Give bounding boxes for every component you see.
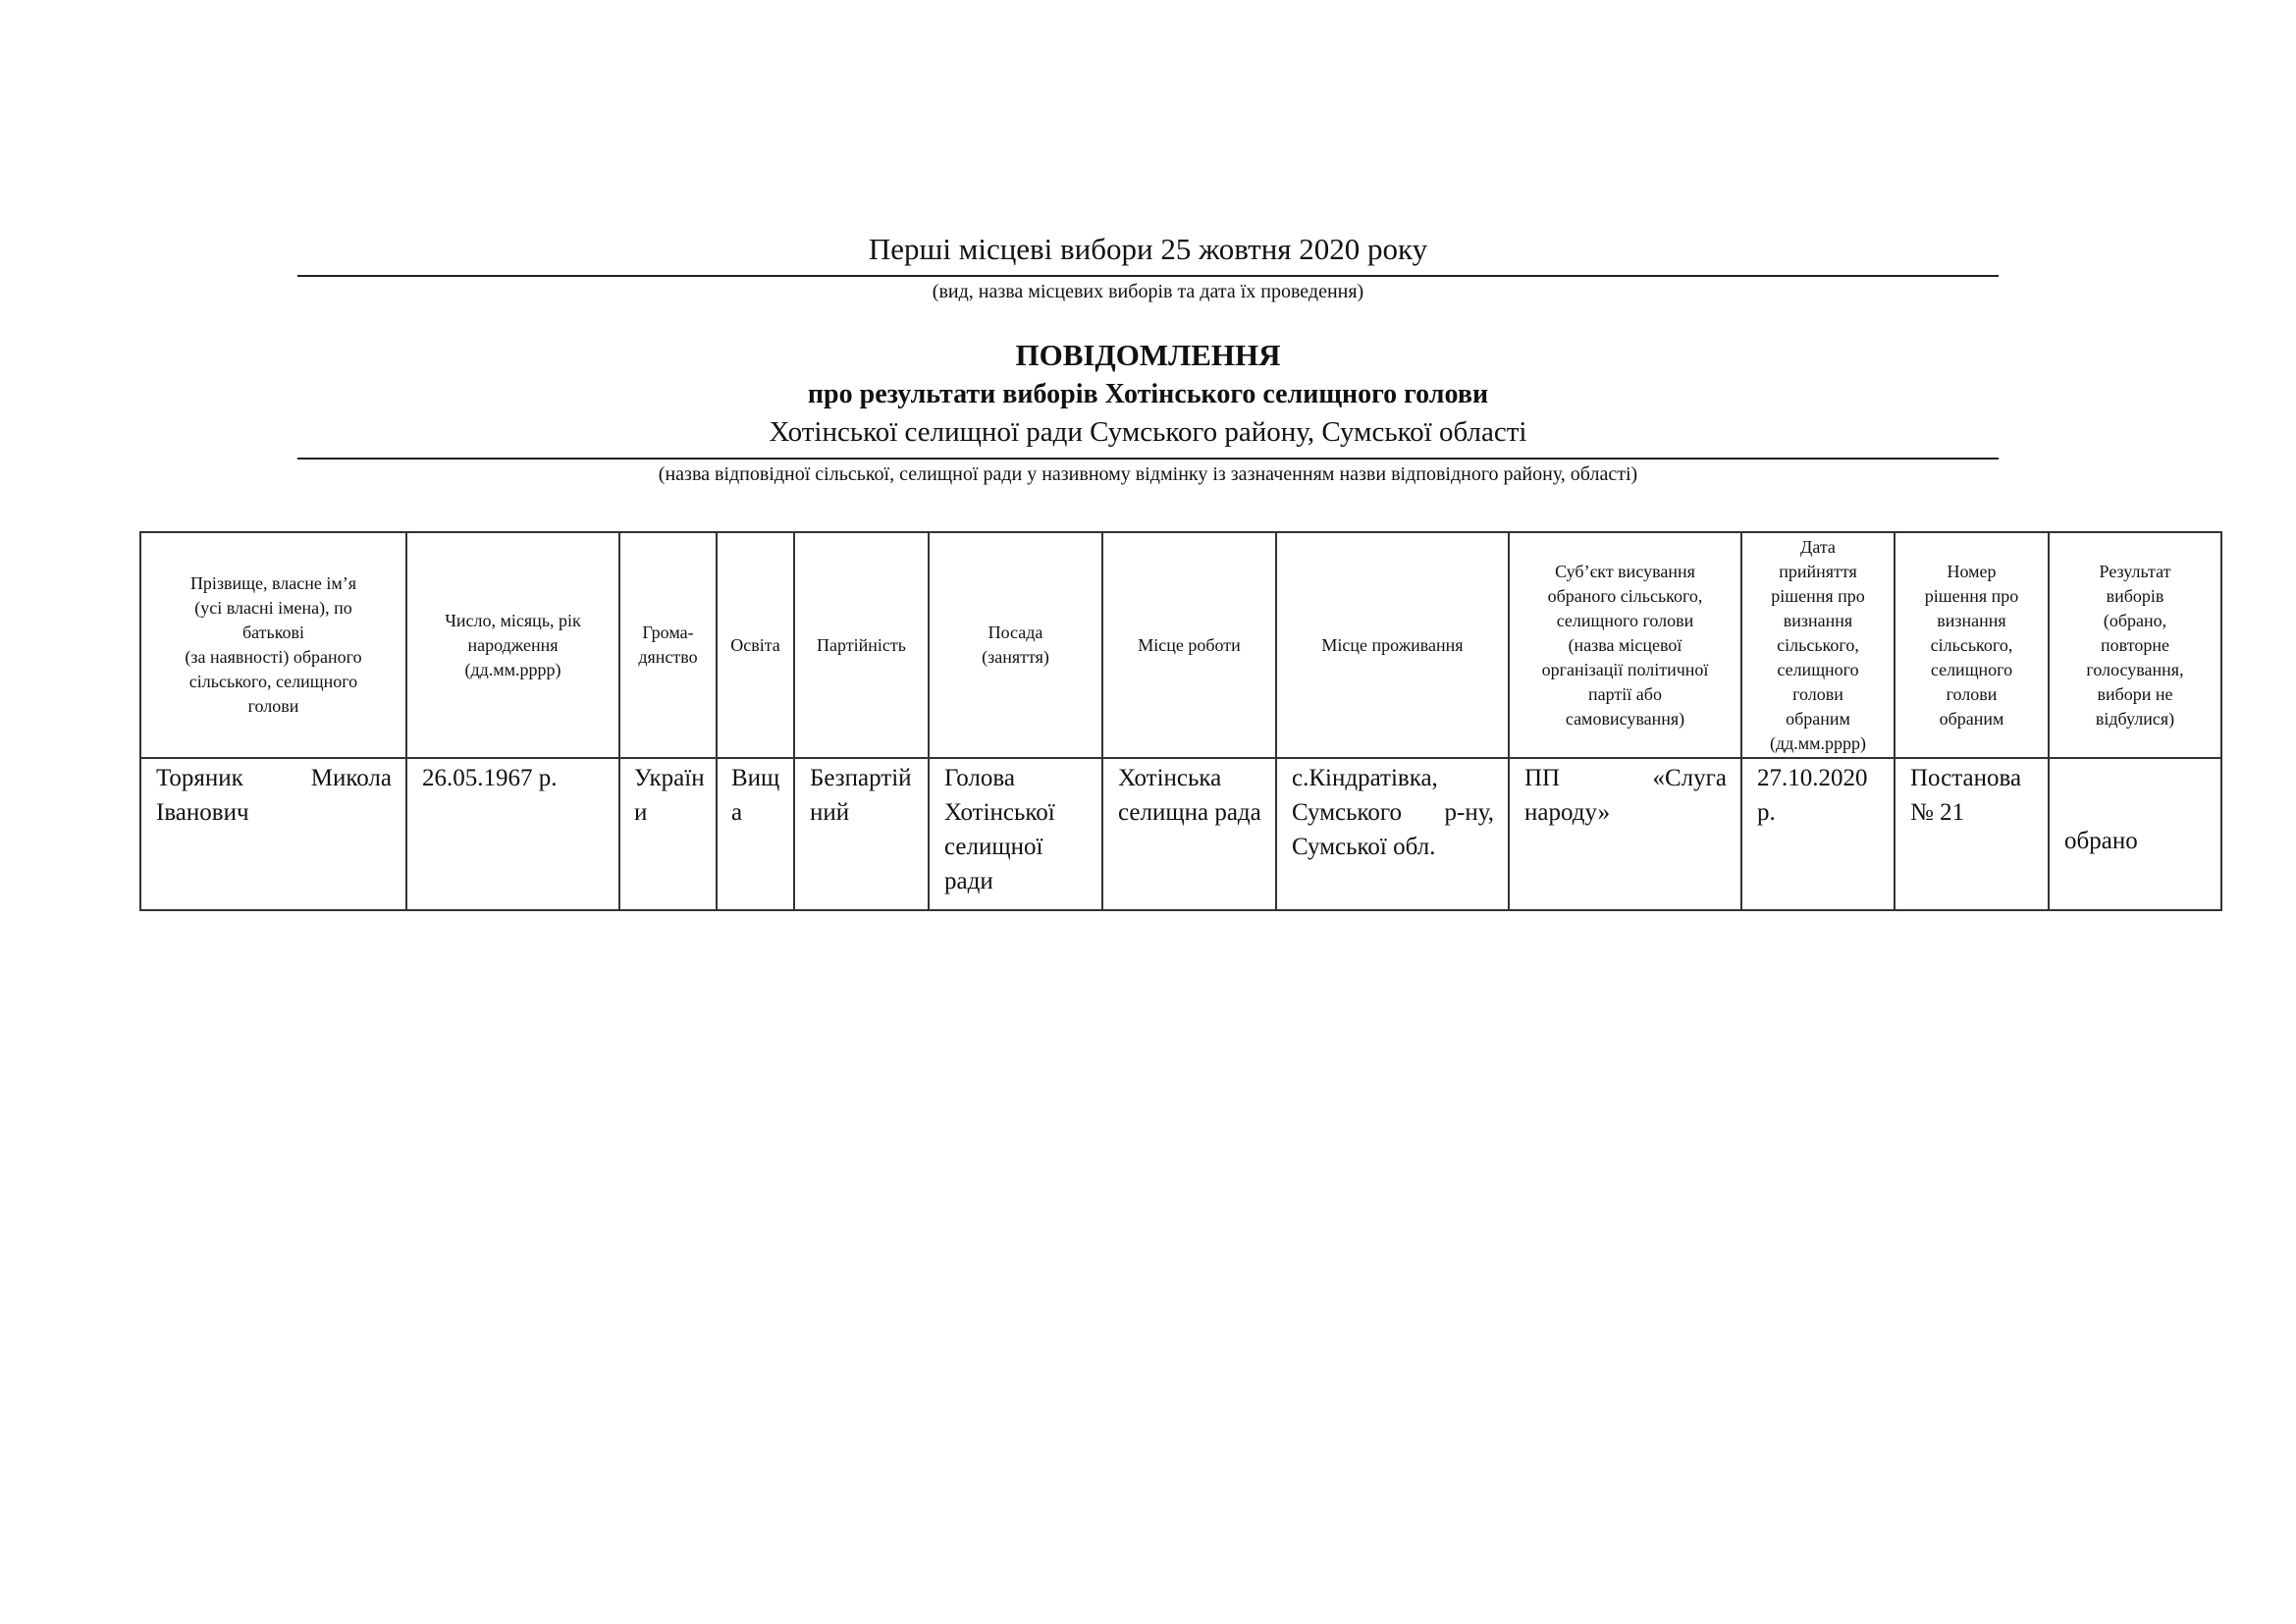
cell-birth-date: 26.05.1967 р. xyxy=(406,758,619,910)
header-line: Номер xyxy=(1899,560,2044,584)
header-line: Освіта xyxy=(721,633,789,658)
election-title: Перші місцеві вибори 25 жовтня 2020 року xyxy=(297,232,1999,267)
council-caption: (назва відповідної сільської, селищної р… xyxy=(297,462,1999,486)
header-line: Місце роботи xyxy=(1107,633,1271,658)
header-line: голови xyxy=(1899,682,2044,707)
header-line: дянство xyxy=(624,645,712,670)
header-line: партії або xyxy=(1514,682,1736,707)
header-line: голови xyxy=(145,694,401,719)
header-line: Результат xyxy=(2054,560,2216,584)
header-line: батькові xyxy=(145,621,401,645)
header-position: Посада(заняття) xyxy=(929,532,1102,758)
cell-residence: с.Кіндратівка, Сумського р-ну, Сумської … xyxy=(1276,758,1509,910)
header-party-affiliation: Партійність xyxy=(794,532,929,758)
header-line: селищного голови xyxy=(1514,609,1736,633)
header-line: відбулися) xyxy=(2054,707,2216,731)
election-caption: (вид, назва місцевих виборів та дата їх … xyxy=(297,280,1999,303)
header-line: (заняття) xyxy=(934,645,1097,670)
header-line: вибори не xyxy=(2054,682,2216,707)
cell-decision-number: Постанова № 21 xyxy=(1895,758,2049,910)
header-full-name: Прізвище, власне ім’я(усі власні імена),… xyxy=(140,532,406,758)
header-line: (за наявності) обраного xyxy=(145,645,401,670)
cell-position: Голова Хотінської селищної ради xyxy=(929,758,1102,910)
header-line: обраного сільського, xyxy=(1514,584,1736,609)
header-line: народження xyxy=(411,633,614,658)
header-line: Посада xyxy=(934,621,1097,645)
header-line: організації політичної xyxy=(1514,658,1736,682)
header-line: сільського, селищного xyxy=(145,670,401,694)
header-line: Дата xyxy=(1746,535,1890,560)
header-line: обраним xyxy=(1746,707,1890,731)
header-line: селищного xyxy=(1746,658,1890,682)
cell-education: Вища xyxy=(717,758,794,910)
cell-workplace: Хотінська селищна рада xyxy=(1102,758,1276,910)
election-results-table: Прізвище, власне ім’я(усі власні імена),… xyxy=(139,531,2222,911)
notice-subject: про результати виборів Хотінського селищ… xyxy=(297,377,1999,412)
council-name: Хотінської селищної ради Сумського район… xyxy=(297,414,1999,450)
header-line: повторне xyxy=(2054,633,2216,658)
header-line: (назва місцевої xyxy=(1514,633,1736,658)
header-line: визнання xyxy=(1899,609,2044,633)
cell-party-affiliation: Безпартійний xyxy=(794,758,929,910)
council-underline xyxy=(297,458,1999,460)
header-line: (дд.мм.рррр) xyxy=(411,658,614,682)
header-line: (дд.мм.рррр) xyxy=(1746,731,1890,756)
header-line: (усі власні імена), по xyxy=(145,596,401,621)
header-citizenship: Грома-дянство xyxy=(619,532,717,758)
header-decision-number: Номеррішення провизнаннясільського,селищ… xyxy=(1895,532,2049,758)
header-line: сільського, xyxy=(1746,633,1890,658)
header-line: обраним xyxy=(1899,707,2044,731)
header-line: селищного xyxy=(1899,658,2044,682)
header-line: самовисування) xyxy=(1514,707,1736,731)
header-line: Прізвище, власне ім’я xyxy=(145,571,401,596)
header-line: Місце проживання xyxy=(1281,633,1504,658)
header-line: Число, місяць, рік xyxy=(411,609,614,633)
header-line: виборів xyxy=(2054,584,2216,609)
header-line: прийняття xyxy=(1746,560,1890,584)
cell-nominating-entity: ПП «Слуга народу» xyxy=(1509,758,1741,910)
notice-heading: ПОВІДОМЛЕННЯ xyxy=(297,337,1999,374)
header-line: рішення про xyxy=(1899,584,2044,609)
header-education: Освіта xyxy=(717,532,794,758)
cell-result: обрано xyxy=(2049,758,2221,910)
cell-full-name: Торяник Микола Іванович xyxy=(140,758,406,910)
header-workplace: Місце роботи xyxy=(1102,532,1276,758)
header-line: сільського, xyxy=(1899,633,2044,658)
header-nominating-entity: Суб’єкт висуванняобраного сільського,сел… xyxy=(1509,532,1741,758)
cell-decision-date: 27.10.2020 р. xyxy=(1741,758,1895,910)
table-header-row: Прізвище, власне ім’я(усі власні імена),… xyxy=(140,532,2221,758)
header-line: голосування, xyxy=(2054,658,2216,682)
header-residence: Місце проживання xyxy=(1276,532,1509,758)
header-line: Суб’єкт висування xyxy=(1514,560,1736,584)
header-line: Партійність xyxy=(799,633,924,658)
header-line: визнання xyxy=(1746,609,1890,633)
header-line: (обрано, xyxy=(2054,609,2216,633)
table-row: Торяник Микола Іванович 26.05.1967 р. Ук… xyxy=(140,758,2221,910)
header-line: рішення про xyxy=(1746,584,1890,609)
header-decision-date: Датаприйняттярішення провизнаннясільсько… xyxy=(1741,532,1895,758)
header-birth-date: Число, місяць, рікнародження(дд.мм.рррр) xyxy=(406,532,619,758)
cell-citizenship: України xyxy=(619,758,717,910)
header-line: Грома- xyxy=(624,621,712,645)
header-line: голови xyxy=(1746,682,1890,707)
header-result: Результатвиборів(обрано,повторнеголосува… xyxy=(2049,532,2221,758)
title-underline xyxy=(297,275,1999,277)
